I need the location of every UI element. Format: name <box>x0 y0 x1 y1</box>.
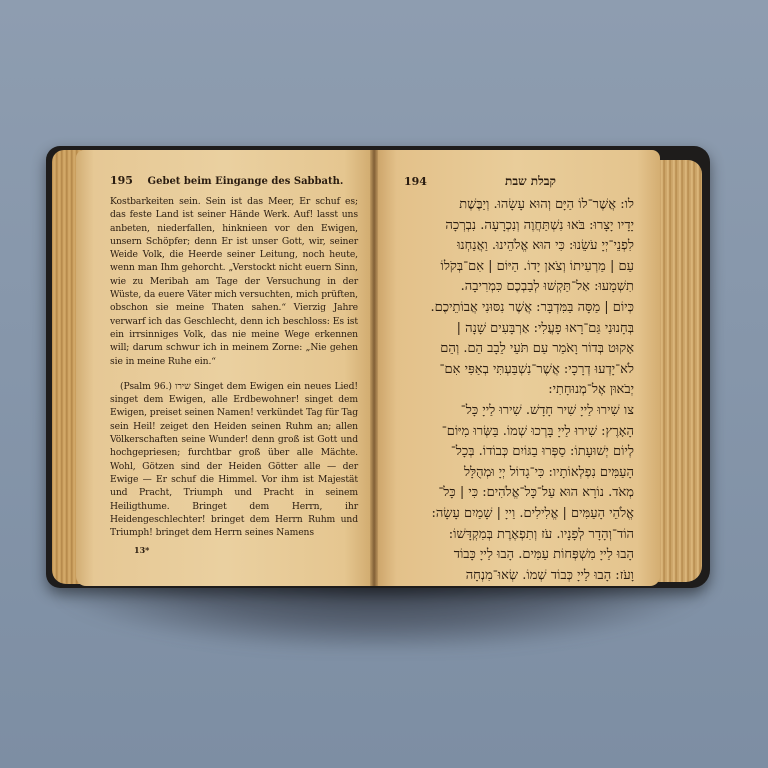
right-running-title: קבלת שבת <box>427 174 634 189</box>
hebrew-line: יָדָיו יָצָרוּ: בֹּאוּ נִשְׁתַּחֲוֶה וְנ… <box>404 216 634 237</box>
german-text: Kostbarkeiten sein. Sein ist das Meer, E… <box>110 195 358 539</box>
hebrew-line: לו: אֲשֶׁר־לוֹ הַיָּם וְהוּא עָשָׂהוּ. ו… <box>404 195 634 216</box>
left-page: 195 Gebet beim Eingange des Sabbath. Kos… <box>76 150 374 586</box>
book-gutter <box>370 150 378 586</box>
left-running-title: Gebet beim Eingange des Sabbath. <box>133 176 358 187</box>
hebrew-line: עַם | מַרְעִיתוֹ וְצֹאן יָדוֹ. הַיּוֹם |… <box>404 257 634 278</box>
signature-mark: 13* <box>110 545 358 555</box>
hebrew-line: הָבוּ לַייָ מִשְׁפְּחוֹת עַמִּים. הָבוּ … <box>404 545 634 566</box>
hebrew-line: אָקוּט בְּדוֹר וָאֹמַר עַם תֹּעֵי לֵבָב … <box>404 339 634 360</box>
hebrew-text: לו: אֲשֶׁר־לוֹ הַיָּם וְהוּא עָשָׂהוּ. ו… <box>404 195 634 586</box>
hebrew-line: הָאָרֶץ: שִׁירוּ לַייָ בָּרְכוּ שְׁמוֹ. … <box>404 422 634 443</box>
left-page-number: 195 <box>110 174 133 187</box>
hebrew-line: צו שִׁירוּ לַייָ שִׁיר חָדָשׁ. שִׁירוּ ל… <box>404 401 634 422</box>
hebrew-line: מְאֹד. נוֹרָא הוּא עַל־כָּל־אֱלֹהִים: כִ… <box>404 483 634 504</box>
german-paragraph: Kostbarkeiten sein. Sein ist das Meer, E… <box>110 195 358 368</box>
hebrew-line: לֹא־יָדְעוּ דְרָכָי: אֲשֶׁר־נִשְׁבַּעְתִ… <box>404 360 634 381</box>
hebrew-line: הוֹד־וְהָדָר לְפָנָיו. עֹז וְתִפְאֶרֶת ב… <box>404 525 634 546</box>
right-running-head: קבלת שבת 194 <box>404 174 634 189</box>
right-page: קבלת שבת 194 לו: אֲשֶׁר־לוֹ הַיָּם וְהוּ… <box>374 150 660 586</box>
hebrew-line: יְבֹאוּן אֶל־מְנוּחָתִי: <box>404 380 634 401</box>
hebrew-line: בְּחָנוּנִי גַּם־רָאוּ פָעֳלִי: אַרְבָּע… <box>404 319 634 340</box>
left-running-head: 195 Gebet beim Eingange des Sabbath. <box>110 174 358 187</box>
hebrew-line: תִשְׁמָעוּ: אַל־תַּקְשׁוּ לְבַבְכֶם כִּמ… <box>404 277 634 298</box>
right-page-number: 194 <box>404 175 427 188</box>
hebrew-line: לְיוֹם יְשׁוּעָתוֹ: סַפְּרוּ בַגּוֹיִם כ… <box>404 442 634 463</box>
hebrew-line: לִפְנֵי־יְיָ עֹשֵׂנוּ: כִּי הוּא אֱלֹהֵי… <box>404 236 634 257</box>
hebrew-line: וָעֹז: הָבוּ לַייָ כְּבוֹד שְׁמוֹ. שְׂאו… <box>404 566 634 587</box>
german-paragraph: (Psalm 96.) שירו Singet dem Ewigen ein n… <box>110 380 358 540</box>
hebrew-line: אֱלֹהֵי הָעַמִּים | אֱלִילִים. וַייָ | ש… <box>404 504 634 525</box>
hebrew-line: הָעַמִּים נִפְלְאוֹתָיו: כִּי־גָדוֹל יְי… <box>404 463 634 484</box>
hebrew-line: כְּיוֹם | מַסָּה בַּמִּדְבָּר: אֲשֶׁר נִ… <box>404 298 634 319</box>
